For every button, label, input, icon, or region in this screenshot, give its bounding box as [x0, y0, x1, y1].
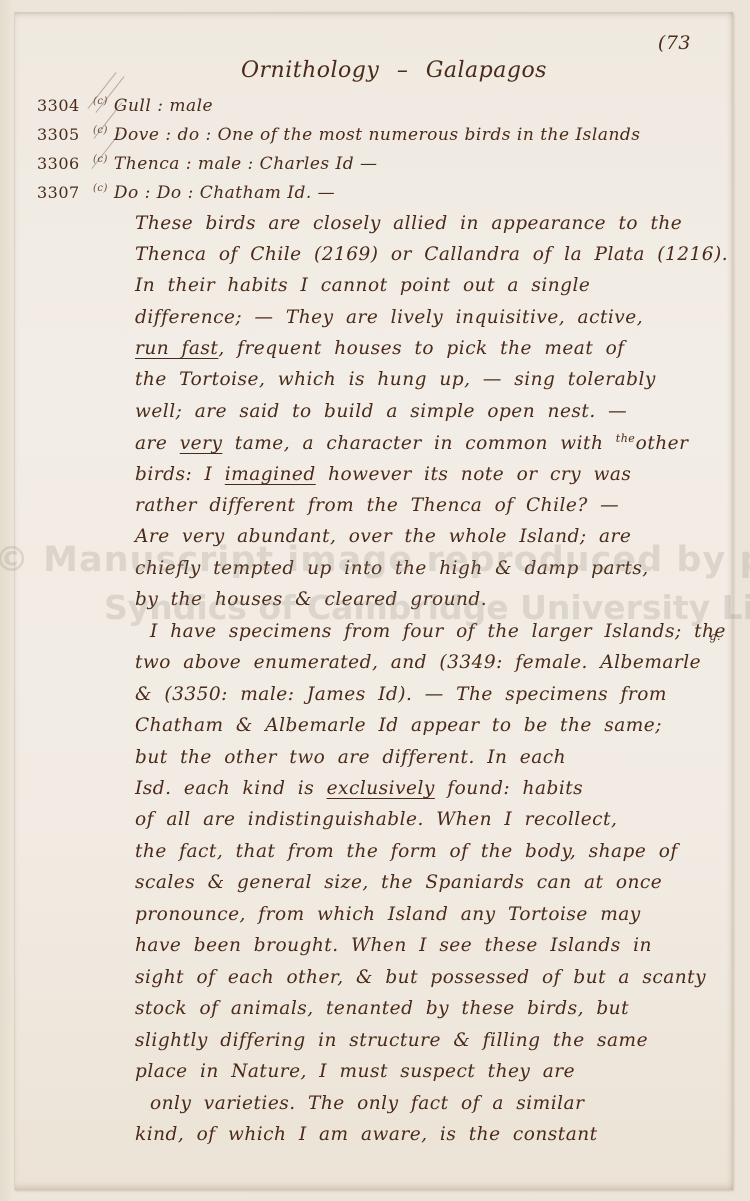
heading-subject: Ornithology	[241, 58, 379, 83]
specimen-mark: (c)	[93, 96, 108, 107]
body-line: pronounce, from which Island any Tortois…	[135, 904, 641, 925]
body-line-rest: , frequent houses to pick the meat of	[218, 338, 624, 359]
body-line: the Tortoise, which is hung up, — sing t…	[135, 369, 656, 390]
body-line: & (3350: male: James Id). — The specimen…	[135, 684, 667, 705]
heading-location: Galapagos	[426, 58, 547, 83]
body-line-part: are	[135, 433, 180, 454]
underlined-word: imagined	[225, 464, 316, 485]
body-line: Thenca of Chile (2169) or Callandra of l…	[135, 244, 728, 265]
body-line: but the other two are different. In each	[135, 747, 566, 768]
body-line: place in Nature, I must suspect they are	[135, 1061, 575, 1082]
body-line: have been brought. When I see these Isla…	[135, 935, 652, 956]
body-line: slightly differing in structure & fillin…	[135, 1030, 648, 1051]
body-line: the fact, that from the form of the body…	[135, 841, 678, 862]
specimen-mark: (c)	[93, 154, 108, 165]
body-line: chiefly tempted up into the high & damp …	[135, 558, 649, 579]
body-line-part: birds: I	[135, 464, 225, 485]
body-line: of all are indistinguishable. When I rec…	[135, 809, 617, 830]
body-line: difference; — They are lively inquisitiv…	[135, 307, 643, 328]
body-line: Are very abundant, over the whole Island…	[135, 526, 631, 547]
body-line: are very tame, a character in common wit…	[135, 432, 688, 454]
underlined-word: exclusively	[327, 778, 435, 799]
specimen-entry: 3304(c)Gull : male	[37, 96, 213, 116]
body-line: birds: I imagined however its note or cr…	[135, 464, 631, 485]
specimen-text: Gull : male	[114, 96, 213, 116]
underlined-phrase: run fast	[135, 338, 218, 359]
manuscript-page: (73 Ornithology – Galapagos 3304(c)Gull …	[14, 12, 733, 1190]
body-line: Isd. each kind is exclusively found: hab…	[135, 778, 583, 799]
specimen-entry: 3305(c)Dove : do : One of the most numer…	[37, 125, 641, 145]
body-line: In their habits I cannot point out a sin…	[135, 275, 590, 296]
body-line: stock of animals, tenanted by these bird…	[135, 998, 629, 1019]
body-line: two above enumerated, and (3349: female.…	[135, 652, 701, 673]
specimen-text: Dove : do : One of the most numerous bir…	[114, 125, 641, 145]
body-line: Chatham & Albemarle Id appear to be the …	[135, 715, 662, 736]
body-line-part: however its note or cry was	[316, 464, 632, 485]
body-line: rather different from the Thenca of Chil…	[135, 495, 619, 516]
body-line-part: Isd. each kind is	[135, 778, 327, 799]
margin-note: g.	[709, 630, 721, 643]
body-line: I have specimens from four of the larger…	[150, 621, 726, 642]
specimen-mark: (c)	[93, 125, 108, 136]
body-line: run fast, frequent houses to pick the me…	[135, 338, 625, 359]
underlined-word: very	[180, 433, 223, 454]
heading-dash: –	[397, 58, 409, 83]
body-line: sight of each other, & but possessed of …	[135, 967, 706, 988]
body-line-part: tame, a character in common with	[222, 433, 615, 454]
body-line: These birds are closely allied in appear…	[135, 213, 682, 234]
specimen-mark: (c)	[93, 183, 108, 194]
body-line: well; are said to build a simple open ne…	[135, 401, 627, 422]
page-heading: Ornithology – Galapagos	[15, 58, 733, 83]
body-line: kind, of which I am aware, is the consta…	[135, 1124, 598, 1145]
body-line-part: found: habits	[435, 778, 583, 799]
specimen-text: Do : Do : Chatham Id. —	[114, 183, 335, 203]
page-number: (73	[658, 32, 691, 54]
specimen-text: Thenca : male : Charles Id —	[114, 154, 378, 174]
specimen-entry: 3307(c)Do : Do : Chatham Id. —	[37, 183, 335, 203]
body-line: only varieties. The only fact of a simil…	[150, 1093, 584, 1114]
specimen-entry: 3306(c)Thenca : male : Charles Id —	[37, 154, 378, 174]
body-line-part: other	[623, 433, 688, 454]
body-line: scales & general size, the Spaniards can…	[135, 872, 662, 893]
body-line: by the houses & cleared ground.	[135, 589, 487, 610]
